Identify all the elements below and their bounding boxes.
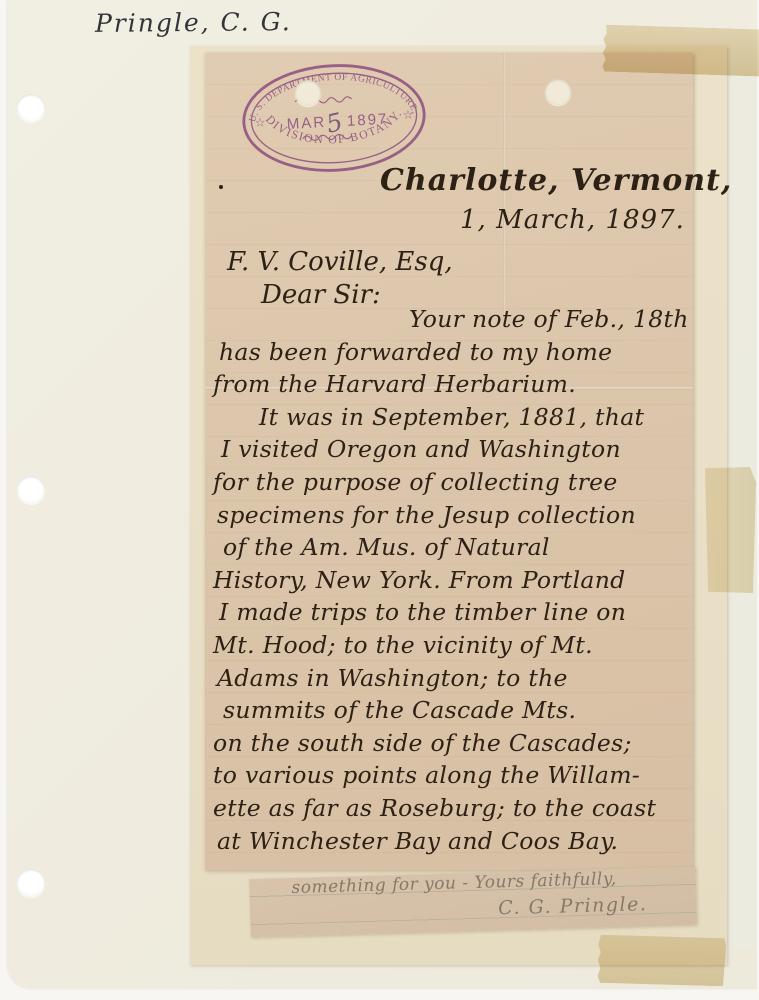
letter-body-line: ette as far as Roseburg; to the coast <box>213 792 687 825</box>
letter-body-line: from the Harvard Herbarium. <box>213 368 687 401</box>
letter-body: Your note of Feb., 18th has been forward… <box>213 303 687 857</box>
stamp-star-left-icon: ☆ <box>254 115 266 130</box>
scanned-letter-page: Pringle, C. G. U. S. DEPARTMENT OF AGRIC… <box>0 0 759 1000</box>
stamp-date-month: MAR <box>286 114 326 133</box>
letter-body-line: summits of the Cascade Mts. <box>223 694 687 727</box>
letter-body-line: to various points along the Willam- <box>213 759 687 792</box>
letter-body-line: Mt. Hood; to the vicinity of Mt. <box>213 629 687 662</box>
punch-hole-letter-right <box>545 79 571 105</box>
letter-body-line: Adams in Washington; to the <box>217 662 687 695</box>
letter-body-line: for the purpose of collecting tree <box>213 466 687 499</box>
letter-body-line: It was in September, 1881, that <box>259 401 687 434</box>
letter-sheet: U. S. DEPARTMENT OF AGRICULTURE, DIVISIO… <box>205 53 693 870</box>
archivist-name-annotation: Pringle, C. G. <box>95 7 292 38</box>
stamp-star-right-icon: ☆ <box>402 108 414 123</box>
punch-hole-letter-left <box>295 80 321 106</box>
letter-body-line: at Winchester Bay and Coos Bay. <box>217 825 687 858</box>
letter-body-line: History, New York. From Portland <box>213 564 687 597</box>
stamp-date-year: 1897 <box>347 111 389 130</box>
letter-body-line: Your note of Feb., 18th <box>409 303 687 336</box>
letter-body-line: I made trips to the timber line on <box>219 596 687 629</box>
punch-hole-backing-top <box>17 94 45 122</box>
letter-body-line: specimens for the Jesup collection <box>217 499 687 532</box>
tape-right-edge <box>705 467 756 593</box>
letter-place-line: Charlotte, Vermont, <box>380 163 732 198</box>
signature-line: C. G. Pringle. <box>498 893 648 919</box>
ink-dot <box>219 185 223 189</box>
punch-hole-backing-bottom <box>17 869 45 897</box>
punch-hole-backing-middle <box>17 476 45 504</box>
letter-recipient-line: F. V. Coville, Esq, <box>227 247 453 277</box>
tape-bottom-right <box>598 935 727 987</box>
letter-body-line: has been forwarded to my home <box>219 336 687 369</box>
letter-body-line: of the Am. Mus. of Natural <box>223 531 687 564</box>
letter-body-line: on the south side of the Cascades; <box>213 727 687 760</box>
letter-body-line: I visited Oregon and Washington <box>221 433 687 466</box>
tape-top-right <box>602 25 759 77</box>
letter-date-line: 1, March, 1897. <box>460 205 685 235</box>
usda-division-of-botany-stamp: U. S. DEPARTMENT OF AGRICULTURE, DIVISIO… <box>232 56 436 180</box>
